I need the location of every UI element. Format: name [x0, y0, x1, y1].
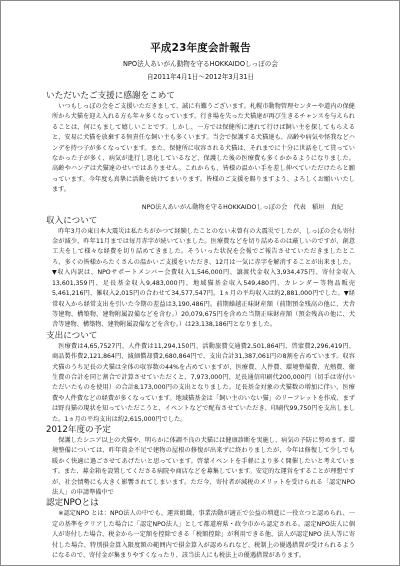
section-body: 医療費は4,65,7527円、人件費は11,294,150円、活動旅費交通費2,… [46, 342, 355, 425]
section-heading: 収入について [46, 216, 355, 227]
section-plans: 2012年度の予定 保護したシニア以上の犬猫や、明らかに体調不良の犬猫には健康診… [46, 425, 355, 498]
fiscal-period: 自2011年4月1日～2012年3月31日 [46, 73, 355, 82]
section-body: いつもしっぽの会をご支援いただきまして、誠に有難うございます。札幌市動物管理セン… [46, 102, 355, 196]
section-certified-npo: 認定NPOとは ※認定NPO とは：NPO法人の中でも、運営組織、事業活動が適正… [46, 498, 355, 561]
page-title: 平成23年度会計報告 [46, 1, 355, 55]
section-body: ※認定NPO とは：NPO法人の中でも、運営組織、事業活動が適正で公益の増進に一… [46, 509, 355, 561]
section-heading: いただいたご支援に感謝をこめて [46, 91, 355, 102]
section-heading: 認定NPOとは [46, 498, 355, 509]
section-thanks: いただいたご支援に感謝をこめて いつもしっぽの会をご支援いただきまして、誠に有難… [46, 91, 355, 212]
section-body: 保護したシニア以上の犬猫や、明らかに体調不良の犬猫には健康診断を実施し、病気の予… [46, 436, 355, 498]
section-heading: 2012年度の予定 [46, 425, 355, 436]
section-heading: 支出について [46, 331, 355, 342]
signature: NPO法人あいがん動物を守るHOKKAIDOしっぽの会 代表 稲垣 真紀 [46, 203, 343, 212]
section-body: 昨年3月の東日本大震災は私たちがかつて経験したことのない未曾有の大震災でしたが、… [46, 227, 355, 331]
document-page: 平成23年度会計報告 NPO法人あいがん動物を守るHOKKAIDOしっぽの会 自… [0, 0, 400, 566]
section-expenses: 支出について 医療費は4,65,7527円、人件費は11,294,150円、活動… [46, 331, 355, 425]
organization-name: NPO法人あいがん動物を守るHOKKAIDOしっぽの会 [46, 60, 355, 69]
section-income: 収入について 昨年3月の東日本大震災は私たちがかつて経験したことのない未曾有の大… [46, 216, 355, 331]
